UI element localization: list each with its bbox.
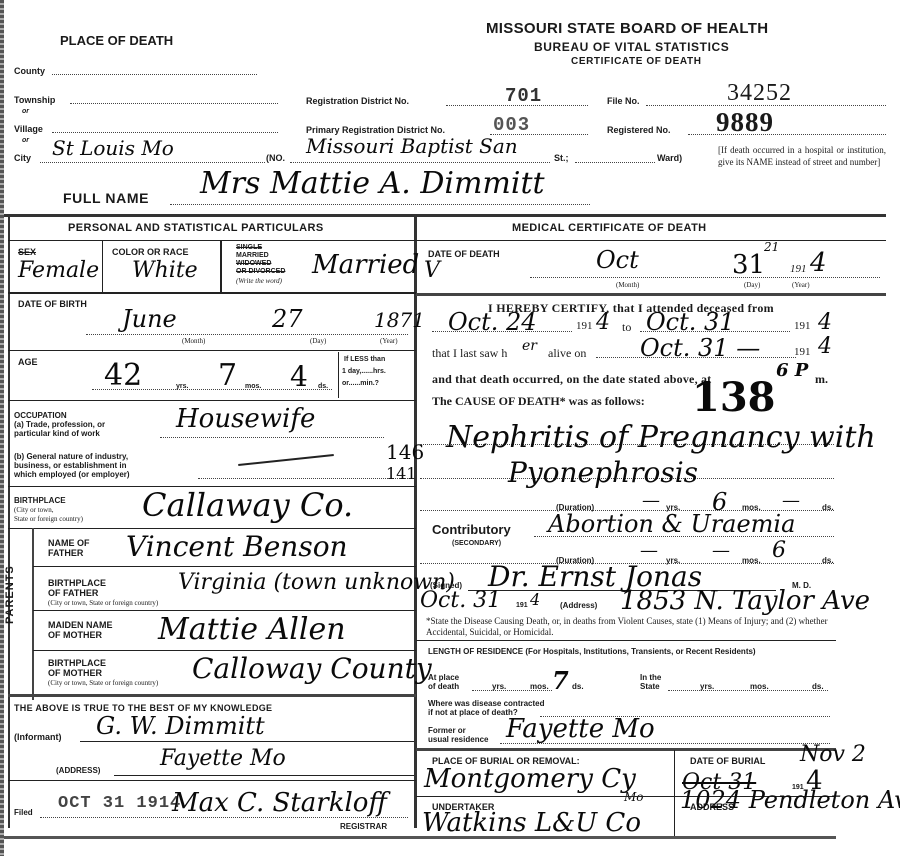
marital-value[interactable]: Married	[312, 250, 419, 280]
time-value[interactable]: 6 P	[776, 360, 808, 381]
registration-district-label: Registration District No.	[306, 96, 409, 106]
mother-birthplace-label-1: BIRTHPLACE	[48, 658, 106, 668]
dob-year[interactable]: 1871	[374, 308, 425, 332]
dod-month-caption: (Month)	[616, 281, 639, 289]
rule	[102, 240, 103, 292]
primary-district-value[interactable]: 003	[493, 114, 530, 136]
contrib-ds-label: ds.	[822, 556, 834, 565]
city-label: City	[14, 153, 31, 163]
former-residence-label-2: usual residence	[428, 735, 488, 744]
age-months[interactable]: 7	[218, 358, 237, 393]
township-label: Township	[14, 95, 55, 105]
contracted-label-2: if not at place of death?	[428, 708, 518, 717]
in-state-yrs-label: yrs.	[700, 682, 714, 691]
year-prefix: 191	[794, 320, 811, 332]
rule	[416, 748, 836, 751]
burial-divider	[674, 750, 675, 836]
or-label: or	[22, 108, 29, 116]
rule	[8, 528, 416, 529]
primary-district-label: Primary Registration District No.	[306, 125, 445, 135]
occurred-text: and that death occurred, on the date sta…	[432, 372, 711, 387]
registration-district-value[interactable]: 701	[505, 85, 542, 107]
scan-edge	[0, 0, 4, 856]
village-label: Village	[14, 124, 43, 134]
color-label: COLOR OR RACE	[112, 247, 189, 257]
at-place-label-2: of death	[428, 682, 459, 691]
last-saw-year[interactable]: 4	[818, 334, 832, 359]
rule	[33, 650, 416, 651]
attended-from[interactable]: Oct. 24	[448, 308, 537, 336]
contributory-value[interactable]: Abortion & Uraemia	[548, 510, 795, 538]
bureau-title: BUREAU OF VITAL STATISTICS	[534, 40, 729, 54]
father-birthplace-value[interactable]: Virginia (town unknown)	[178, 570, 455, 595]
industry-label-3: which employed (or employer)	[14, 470, 130, 479]
ward-underline	[575, 162, 655, 163]
or-label: or	[22, 137, 29, 145]
rule	[416, 240, 886, 241]
mother-birthplace-label-3: (City or town, State or foreign country)	[48, 679, 158, 687]
birthplace-label-3: State or foreign country)	[14, 515, 83, 523]
cause-code: 138	[692, 374, 776, 421]
at-place-mos-label: mos.	[530, 682, 549, 691]
at-place-value[interactable]: 7	[552, 666, 569, 695]
st-label: St.;	[554, 153, 569, 163]
agency-title: MISSOURI STATE BOARD OF HEALTH	[486, 20, 768, 37]
occupation-label-2: (a) Trade, profession, or	[14, 420, 105, 429]
burial-place-value[interactable]: Montgomery Cy	[424, 764, 636, 794]
ds-label: ds.	[318, 383, 328, 391]
place-of-death-heading: PLACE OF DEATH	[60, 33, 173, 48]
in-state-mos-label: mos.	[750, 682, 769, 691]
rule	[416, 640, 836, 641]
county-label: County	[14, 66, 45, 76]
burial-place-note: Mo	[624, 790, 644, 804]
color-value[interactable]: White	[132, 258, 198, 283]
duration-ds[interactable]: —	[782, 490, 800, 511]
registered-no-label: Registered No.	[607, 125, 671, 135]
m-label: m.	[815, 372, 828, 387]
certificate-title: CERTIFICATE OF DEATH	[571, 56, 702, 67]
informant-underline	[80, 741, 414, 742]
last-saw-pronoun[interactable]: er	[522, 338, 537, 354]
rule	[220, 240, 222, 292]
physician-address[interactable]: 1853 N. Taylor Ave	[620, 586, 870, 616]
occupation-value[interactable]: Housewife	[176, 404, 315, 434]
in-state-label-1: In the	[640, 673, 661, 682]
rule	[416, 293, 886, 296]
street-value[interactable]: Missouri Baptist San	[306, 134, 518, 158]
mother-name-label-1: MAIDEN NAME	[48, 620, 113, 630]
dob-day[interactable]: 27	[272, 305, 303, 333]
informant-value[interactable]: G. W. Dimmitt	[96, 712, 265, 740]
mother-birthplace-label-2: OF MOTHER	[48, 668, 102, 678]
last-saw-label: that I last saw h	[432, 346, 507, 361]
rule	[8, 400, 416, 401]
rule	[8, 694, 416, 697]
section-divider	[4, 214, 886, 217]
mother-name-label-2: OF MOTHER	[48, 630, 102, 640]
parents-divider	[32, 528, 34, 700]
registrar-signature[interactable]: Max C. Starkloff	[172, 788, 387, 818]
year-caption: (Year)	[380, 337, 398, 345]
bottom-rule	[4, 836, 416, 839]
signed-year-prefix: 191	[516, 602, 528, 610]
in-state-underline	[668, 690, 828, 691]
hospital-note: [If death occurred in a hospital or inst…	[718, 144, 886, 168]
father-name-label-1: NAME OF	[48, 538, 90, 548]
marital-option-widowed: WIDOWED	[236, 260, 271, 268]
file-no-label: File No.	[607, 96, 640, 106]
year-prefix: 191	[576, 320, 593, 332]
undertaker-address-value[interactable]: 1024 Pendleton Ave	[680, 786, 900, 814]
marital-option-divorced: OR DIVORCED	[236, 268, 285, 276]
dod-day-caption: (Day)	[744, 281, 760, 289]
cause-line-2-value[interactable]: Pyonephrosis	[508, 456, 698, 489]
dod-year[interactable]: 4	[810, 248, 827, 278]
village-field[interactable]	[52, 132, 278, 133]
marital-note: (Write the word)	[236, 277, 282, 285]
father-name-label-2: FATHER	[48, 548, 83, 558]
dob-label: DATE OF BIRTH	[18, 299, 87, 309]
signed-year[interactable]: 4	[530, 590, 540, 609]
file-no-value[interactable]: 34252	[727, 80, 792, 107]
less-than-day-1: If LESS than	[344, 356, 385, 364]
dob-underline	[86, 334, 408, 335]
attended-to[interactable]: Oct. 31	[646, 308, 735, 336]
father-birthplace-label-2: OF FATHER	[48, 588, 98, 598]
rule	[8, 240, 416, 241]
full-name-label: FULL NAME	[63, 190, 149, 206]
contrib-duration-ds[interactable]: 6	[772, 538, 786, 563]
to-label: to	[622, 320, 631, 335]
dod-checkmark: V	[424, 258, 440, 283]
last-saw-date[interactable]: Oct. 31 —	[640, 334, 760, 362]
signed-date[interactable]: Oct. 31	[420, 588, 501, 613]
burial-date-label: DATE OF BURIAL	[690, 756, 765, 766]
birthplace-label-1: BIRTHPLACE	[14, 496, 66, 505]
less-than-day-3: or......min.?	[342, 380, 379, 388]
mother-name-value[interactable]: Mattie Allen	[158, 612, 346, 647]
in-state-label-2: State	[640, 682, 660, 691]
filed-label: Filed	[14, 808, 33, 817]
street-no-label: (NO.	[266, 153, 285, 163]
dod-year-caption: (Year)	[792, 281, 810, 289]
rule	[8, 780, 416, 781]
dod-month[interactable]: Oct	[596, 246, 639, 274]
city-value[interactable]: St Louis Mo	[52, 136, 174, 160]
occupation-label-1: OCCUPATION	[14, 411, 67, 420]
personal-heading: PERSONAL AND STATISTICAL PARTICULARS	[68, 222, 324, 234]
mos-label: mos.	[245, 383, 261, 391]
ward-label: Ward)	[657, 153, 682, 163]
birthplace-value[interactable]: Callaway Co.	[142, 486, 353, 524]
less-than-day-2: 1 day,......hrs.	[342, 368, 386, 376]
age-label: AGE	[18, 357, 38, 367]
occupation-underline	[160, 437, 384, 438]
day-caption: (Day)	[310, 337, 326, 345]
cause-label: The CAUSE OF DEATH* was as follows:	[432, 394, 645, 409]
informant-label: (Informant)	[14, 732, 62, 742]
industry-underline	[198, 478, 412, 479]
birthplace-label-2: (City or town,	[14, 506, 53, 514]
dod-year-prefix: 191	[790, 263, 807, 275]
rule	[8, 292, 416, 294]
sex-value[interactable]: Female	[18, 258, 99, 283]
father-birthplace-label-1: BIRTHPLACE	[48, 578, 106, 588]
attended-from-year[interactable]: 4	[596, 310, 610, 335]
full-name-underline	[170, 204, 590, 205]
duration-ds-label: ds.	[822, 503, 834, 512]
dod-day[interactable]: 31	[732, 250, 765, 280]
age-days[interactable]: 4	[290, 360, 308, 393]
cause-line-1-value[interactable]: Nephritis of Pregnancy with	[446, 420, 876, 455]
contributory-label: Contributory	[432, 522, 511, 537]
left-border	[8, 216, 10, 828]
attended-to-year[interactable]: 4	[818, 310, 832, 335]
street-underline	[290, 162, 550, 163]
rule	[338, 352, 339, 398]
county-field[interactable]	[52, 74, 257, 75]
father-name-value[interactable]: Vincent Benson	[126, 530, 348, 563]
contrib-duration-yrs[interactable]: —	[640, 540, 658, 561]
former-residence-value[interactable]: Fayette Mo	[506, 714, 655, 744]
margin-code-1: 146	[386, 440, 424, 464]
marital-option-married: MARRIED	[236, 252, 269, 260]
in-state-ds-label: ds.	[812, 682, 824, 691]
mother-birthplace-value[interactable]: Calloway County	[192, 652, 432, 685]
contracted-label-1: Where was disease contracted	[428, 699, 545, 708]
year-prefix: 191	[794, 346, 811, 358]
medical-heading: MEDICAL CERTIFICATE OF DEATH	[512, 222, 707, 234]
marital-option-single: SINGLE	[236, 244, 262, 252]
city-underline	[40, 162, 265, 163]
industry-label-2: business, or establishment in	[14, 461, 126, 470]
informant-address-value[interactable]: Fayette Mo	[160, 746, 286, 771]
parents-label: PARENTS	[4, 565, 16, 624]
registered-no-value[interactable]: 9889	[716, 107, 774, 138]
rule	[33, 610, 416, 611]
at-place-ds-label: ds.	[572, 682, 584, 691]
full-name-value[interactable]: Mrs Mattie A. Dimmitt	[200, 166, 545, 201]
contrib-mos-label: mos.	[742, 556, 761, 565]
duration-yrs[interactable]: —	[642, 490, 660, 511]
bottom-rule	[416, 836, 836, 839]
footnote: *State the Disease Causing Death, or, in…	[426, 616, 836, 638]
registrar-label: REGISTRAR	[340, 822, 387, 831]
informant-address-label: (ADDRESS)	[56, 766, 100, 775]
occupation-label-3: particular kind of work	[14, 429, 100, 438]
at-place-yrs-label: yrs.	[492, 682, 506, 691]
former-residence-label-1: Former or	[428, 726, 466, 735]
township-field[interactable]	[70, 103, 278, 104]
undertaker-value[interactable]: Watkins L&U Co	[422, 808, 641, 838]
contrib-duration-mos[interactable]: —	[712, 540, 730, 561]
dob-month[interactable]: June	[122, 305, 177, 333]
alive-on-label: alive on	[548, 346, 586, 361]
physician-address-label: (Address)	[560, 601, 597, 610]
dod-underline	[530, 277, 880, 278]
rule	[8, 350, 416, 351]
secondary-label: (SECONDARY)	[452, 540, 501, 548]
father-birthplace-label-3: (City or town, State or foreign country)	[48, 599, 158, 607]
month-caption: (Month)	[182, 337, 205, 345]
filed-stamp: OCT 31 1914	[58, 794, 181, 813]
industry-label-1: (b) General nature of industry,	[14, 452, 128, 461]
sex-label: SEX	[18, 247, 36, 257]
yrs-label: yrs.	[176, 383, 188, 391]
industry-dash	[238, 454, 334, 466]
age-years[interactable]: 42	[104, 358, 142, 393]
margin-code-2: 141	[386, 464, 417, 483]
rule	[33, 566, 416, 567]
dod-day-note: 21	[764, 240, 779, 254]
at-place-label-1: At place	[428, 673, 459, 682]
residence-heading: LENGTH OF RESIDENCE (For Hospitals, Inst…	[428, 647, 828, 656]
address-underline	[114, 775, 414, 776]
burial-date-correction[interactable]: Nov 2	[800, 742, 866, 767]
